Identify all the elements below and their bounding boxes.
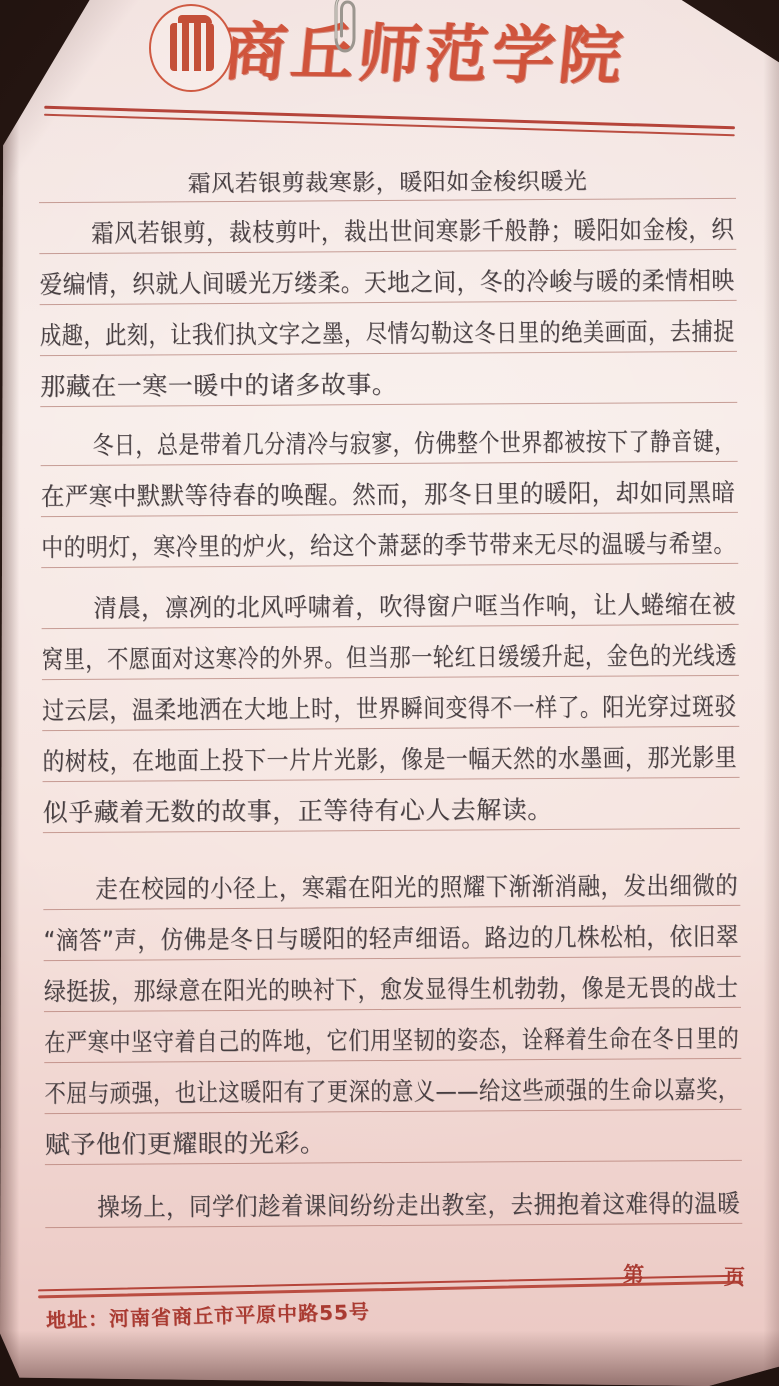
essay-line: 在严寒中坚守着自己的阵地，它们用坚韧的姿态，诠释着生命在冬日里的 [44, 1008, 741, 1063]
essay-line: 赋予他们更耀眼的光彩。 [45, 1110, 742, 1165]
essay-line-text: 成趣，此刻，让我们执文字之墨，尽情勾勒这冬日里的绝美画面，去捕捉 [40, 313, 634, 353]
essay-line: 霜风若银剪，裁枝剪叶，裁出世间寒影千般静；暖阳如金梭，织 [39, 199, 736, 254]
essay-line-text: 操场上，同学们趁着课间纷纷走出教室，去拥抱着这难得的温暖 [97, 1184, 725, 1224]
essay-title: 霜风若银剪裁寒影，暖阳如金梭织暖光 [188, 163, 588, 198]
letterhead-header: 商丘师范学院 [0, 0, 779, 120]
essay-line-text: 冬日，总是带着几分清冷与寂寥，仿佛整个世界都被按下了静音键， [92, 422, 678, 462]
essay-line: 在严寒中默默等待春的唤醒。然而，那冬日里的暖阳，却如同黑暗 [41, 462, 738, 517]
essay-line-text: 赋予他们更耀眼的光彩。 [45, 1123, 326, 1161]
essay-line: 操场上，同学们趁着课间纷纷走出教室，去拥抱着这难得的温暖 [45, 1173, 742, 1228]
essay-line-text: 中的明灯，寒冷里的炉火，给这个萧瑟的季节带来无尽的温暖与希望。 [41, 524, 654, 564]
essay-line-text: 似乎藏着无数的故事，正等待有心人去解读。 [43, 790, 553, 829]
letterhead-paper: 商丘师范学院 霜风若银剪裁寒影，暖阳如金梭织暖光 霜风若银剪，裁枝剪叶，裁出世间… [0, 0, 779, 1386]
essay-line-text: 绿挺拔，那绿意在阳光的映衬下，愈发显得生机勃勃，像是无畏的战士 [44, 968, 657, 1008]
essay-line: 冬日，总是带着几分清冷与寂寥，仿佛整个世界都被按下了静音键， [40, 411, 737, 466]
essay-line: 中的明灯，寒冷里的炉火，给这个萧瑟的季节带来无尽的温暖与希望。 [41, 513, 738, 568]
page-suffix-label: 页 [724, 1261, 746, 1292]
essay-line-text: 走在校园的小径上，寒霜在阳光的照耀下渐渐消融，发出细微的 [95, 866, 723, 906]
essay-line: 成趣，此刻，让我们执文字之墨，尽情勾勒这冬日里的绝美画面，去捕捉 [40, 301, 737, 356]
essay-line: 清晨，凛冽的北风呼啸着，吹得窗户哐当作响，让人蜷缩在被 [41, 574, 738, 629]
page-prefix-label: 第 [623, 1259, 645, 1290]
essay-line-text: 爱编情，织就人间暖光万缕柔。天地之间，冬的冷峻与暖的柔情相映 [39, 261, 672, 301]
essay-line-text: 霜风若银剪，裁枝剪叶，裁出世间寒影千般静；暖阳如金梭，织 [91, 210, 719, 250]
essay-line: 的树枝，在地面上投下一片片光影，像是一幅天然的水墨画，那光影里 [42, 727, 739, 782]
essay-line: 走在校园的小径上，寒霜在阳光的照耀下渐渐消融，发出细微的 [43, 855, 740, 910]
essay-line: 不屈与顽强，也让这暖阳有了更深的意义——给这些顽强的生命以嘉奖， [44, 1059, 741, 1114]
essay-body: 霜风若银剪裁寒影，暖阳如金梭织暖光 霜风若银剪，裁枝剪叶，裁出世间寒影千般静；暖… [39, 148, 743, 1228]
essay-line-text: 清晨，凛冽的北风呼啸着，吹得窗户哐当作响，让人蜷缩在被 [93, 585, 736, 625]
essay-line: 绿挺拔，那绿意在阳光的映衬下，愈发显得生机勃勃，像是无畏的战士 [44, 957, 741, 1012]
essay-line: 爱编情，织就人间暖光万缕柔。天地之间，冬的冷峻与暖的柔情相映 [39, 250, 736, 305]
essay-lines: 霜风若银剪，裁枝剪叶，裁出世间寒影千般静；暖阳如金梭，织爱编情，织就人间暖光万缕… [39, 199, 742, 1228]
essay-line: 似乎藏着无数的故事，正等待有心人去解读。 [43, 778, 740, 833]
essay-line-text: 那藏在一寒一暖中的诸多故事。 [40, 365, 397, 403]
university-name: 商丘师范学院 [219, 0, 690, 112]
essay-line-text: 的树枝，在地面上投下一片片光影，像是一幅天然的水墨画，那光影里 [42, 738, 655, 778]
essay-line: “滴答”声，仿佛是冬日与暖阳的轻声细语。路边的几株松柏，依旧翠 [43, 906, 740, 961]
footer-address: 地址：河南省商丘市平原中路55号 [46, 1295, 371, 1333]
seal-emblem [170, 23, 214, 71]
essay-line-text: 过云层，温柔地洒在大地上时，世界瞬间变得不一样了。阳光穿过斑驳 [42, 687, 655, 727]
paperclip-icon [328, 0, 362, 58]
essay-line: 窝里，不愿面对这寒冷的外界。但当那一轮红日缓缓升起，金色的光线透 [42, 625, 739, 680]
essay-line-text: 窝里，不愿面对这寒冷的外界。但当那一轮红日缓缓升起，金色的光线透 [42, 637, 636, 677]
essay-line-text: 在严寒中坚守着自己的阵地，它们用坚韧的姿态，诠释着生命在冬日里的 [44, 1019, 638, 1059]
essay-line: 过云层，温柔地洒在大地上时，世界瞬间变得不一样了。阳光穿过斑驳 [42, 676, 739, 731]
footer-page-number: 第 页 [623, 1259, 746, 1292]
essay-line-text: 不屈与顽强，也让这暖阳有了更深的意义——给这些顽强的生命以嘉奖， [44, 1070, 638, 1110]
essay-line: 那藏在一寒一暖中的诸多故事。 [40, 352, 737, 407]
essay-line-text: 在严寒中默默等待春的唤醒。然而，那冬日里的暖阳，却如同黑暗 [41, 473, 696, 513]
essay-line-text: “滴答”声，仿佛是冬日与暖阳的轻声细语。路边的几株松柏，依旧翠 [43, 917, 676, 957]
essay-title-row: 霜风若银剪裁寒影，暖阳如金梭织暖光 [39, 148, 736, 203]
